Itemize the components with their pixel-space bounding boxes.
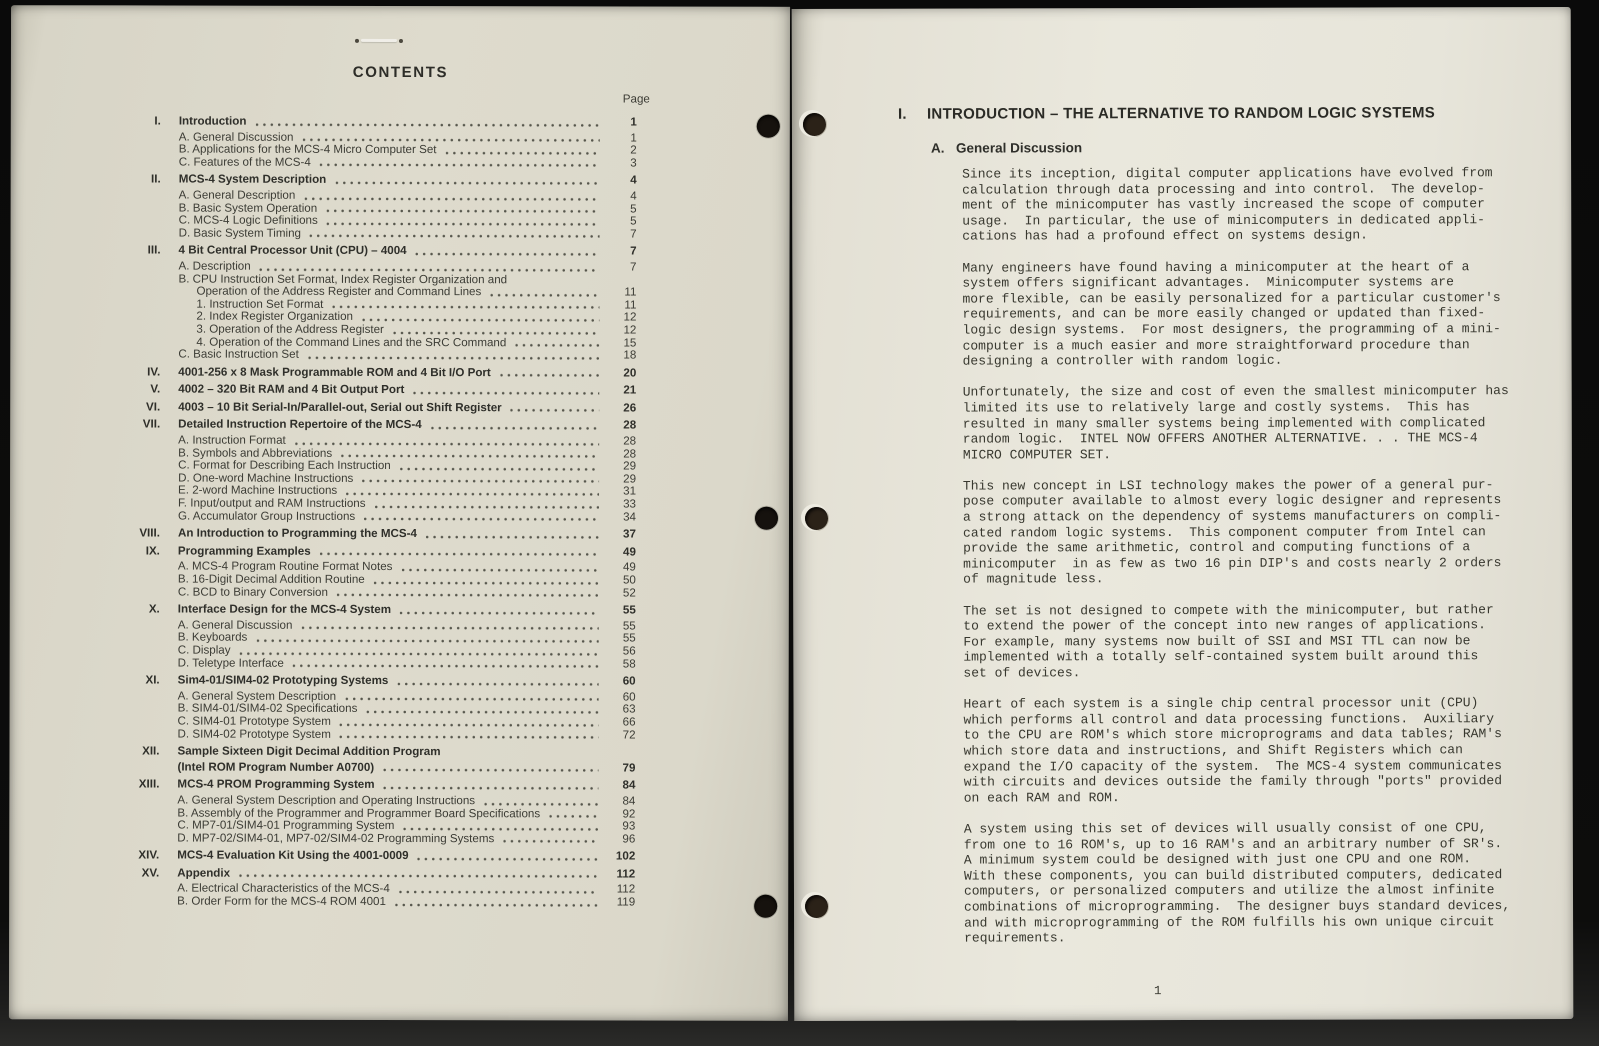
toc-dot-leader — [431, 426, 600, 430]
toc-dot-leader — [511, 409, 600, 413]
toc-page-number: 18 — [606, 350, 636, 363]
toc-row: IV.4001-256 x 8 Mask Programmable ROM an… — [108, 366, 636, 380]
toc-dot-leader — [301, 626, 598, 631]
toc-page-number: 58 — [606, 658, 636, 671]
toc-page-number: 28 — [606, 420, 636, 433]
toc-entry-text: 4 Bit Central Processor Unit (CPU) – 400… — [179, 245, 407, 258]
toc-row: III.4 Bit Central Processor Unit (CPU) –… — [109, 245, 637, 259]
toc-row: D. SIM4-02 Prototype System72 — [108, 728, 636, 742]
toc-page-number: 34 — [606, 511, 636, 524]
toc-dot-leader — [260, 267, 600, 272]
toc-dot-leader — [366, 710, 598, 714]
toc-entry-text: C. Features of the MCS-4 — [179, 156, 311, 169]
toc-entry-text: B. 16-Digit Decimal Addition Routine — [178, 574, 365, 587]
paragraph: A system using this set of devices will … — [964, 820, 1524, 946]
toc-page-number: 79 — [605, 762, 635, 775]
toc-entry-text: B. Order Form for the MCS-4 ROM 4001 — [177, 896, 386, 909]
toc-dot-leader — [320, 552, 599, 557]
toc-entry-text: Sim4-01/SIM4-02 Prototyping Systems — [178, 675, 389, 688]
toc-dot-leader — [335, 181, 599, 186]
toc-dot-leader — [345, 697, 598, 702]
toc-row: X.Interface Design for the MCS-4 System5… — [108, 604, 636, 618]
toc-entry-text: 4003 – 10 Bit Serial-In/Parallel-out, Se… — [178, 401, 501, 414]
toc-page-number: 2 — [607, 145, 637, 158]
toc-dot-leader — [239, 874, 598, 879]
toc-entry-text: D. Teletype Interface — [178, 657, 284, 670]
toc-dot-leader — [332, 305, 599, 310]
toc-page-number: 93 — [605, 821, 635, 834]
toc-row: 1. Instruction Set Format11 — [108, 298, 636, 312]
toc-dot-leader — [293, 664, 599, 669]
paragraph: Many engineers have found having a minic… — [962, 259, 1522, 370]
toc-dot-leader — [364, 517, 599, 521]
toc-entry-text: Introduction — [179, 116, 247, 129]
toc-numeral: VI. — [108, 401, 160, 414]
toc-page-number: 102 — [605, 851, 635, 864]
toc-numeral: II. — [109, 174, 161, 187]
toc-entry-text: C. Basic Instruction Set — [178, 349, 299, 362]
toc-dot-leader — [375, 505, 599, 509]
toc-numeral: XI. — [108, 675, 160, 688]
toc-entry-text: Appendix — [177, 867, 230, 880]
toc-entry-text: F. Input/output and RAM Instructions — [178, 498, 366, 511]
toc-dot-leader — [310, 234, 600, 239]
toc-entry-text: D. MP7-02/SIM4-01, MP7-02/SIM4-02 Progra… — [177, 832, 494, 845]
toc-page-number: 20 — [606, 367, 636, 380]
toc-page-number: 56 — [606, 645, 636, 658]
toc-entry-text: Sample Sixteen Digit Decimal Addition Pr… — [177, 746, 440, 759]
toc-entry-text: 3. Operation of the Address Register — [178, 323, 384, 336]
toc-numeral: XV. — [107, 867, 159, 880]
toc-entry-text: A. General Description — [179, 190, 296, 203]
toc-dot-leader — [362, 479, 599, 483]
paragraph: Since its inception, digital computer ap… — [962, 165, 1522, 244]
contents-page: CONTENTS Page I.Introduction1A. General … — [9, 5, 790, 1021]
toc-page-number: 7 — [607, 228, 637, 241]
toc-row: C. Features of the MCS-43 — [109, 156, 637, 170]
toc-entry-text: A. Instruction Format — [178, 435, 286, 448]
toc-dot-leader — [320, 163, 600, 168]
toc-dot-leader — [426, 535, 599, 539]
toc-entry-text: G. Accumulator Group Instructions — [178, 510, 355, 523]
toc-row: C. Basic Instruction Set18 — [108, 348, 636, 362]
toc-page-number: 55 — [606, 605, 636, 618]
toc-dot-leader — [374, 581, 599, 585]
toc-entry-text: 4001-256 x 8 Mask Programmable ROM and 4… — [178, 366, 491, 379]
toc-page-number: 60 — [606, 676, 636, 689]
toc-numeral: IX. — [108, 545, 160, 558]
toc-numeral: XIII. — [107, 779, 159, 792]
toc-row: D. MP7-02/SIM4-01, MP7-02/SIM4-02 Progra… — [107, 832, 635, 846]
toc-row: XIII.MCS-4 PROM Programming System84 — [107, 779, 635, 793]
toc-row: XV.Appendix112 — [107, 867, 635, 881]
toc-dot-leader — [327, 222, 600, 227]
toc-dot-leader — [403, 827, 598, 831]
toc-dot-leader — [240, 651, 599, 656]
toc-dot-leader — [255, 122, 599, 127]
toc-row: 3. Operation of the Address Register12 — [108, 323, 636, 337]
toc-page-number: 96 — [605, 833, 635, 846]
toc-dot-leader — [446, 151, 600, 155]
page-column-label: Page — [623, 92, 650, 105]
toc-dot-leader — [256, 639, 598, 644]
toc-entry-text: MCS-4 PROM Programming System — [177, 779, 374, 792]
paragraph: The set is not designed to compete with … — [963, 602, 1523, 681]
toc-dot-leader — [397, 682, 598, 686]
section-numeral: I. — [898, 106, 927, 123]
toc-page-number: 4 — [607, 190, 637, 203]
staple-hole-left — [355, 39, 359, 43]
toc-row: C. BCD to Binary Conversion52 — [108, 586, 636, 600]
toc-page-number: 5 — [607, 216, 637, 229]
toc-numeral: I. — [109, 115, 161, 128]
toc-entry-text: MCS-4 Evaluation Kit Using the 4001-0009 — [177, 850, 408, 863]
toc-numeral: XIV. — [107, 850, 159, 863]
toc-dot-leader — [413, 391, 599, 395]
toc-page-number: 4 — [607, 175, 637, 188]
toc-dot-leader — [399, 890, 598, 894]
section-heading: I. INTRODUCTION – THE ALTERNATIVE TO RAN… — [898, 104, 1435, 122]
table-of-contents: I.Introduction1A. General Discussion1B. … — [107, 110, 637, 909]
staple-mark — [351, 36, 413, 46]
section-title: INTRODUCTION – THE ALTERNATIVE TO RANDOM… — [927, 104, 1435, 122]
toc-dot-leader — [340, 722, 599, 727]
toc-page-number: 26 — [606, 402, 636, 415]
toc-row: XIV.MCS-4 Evaluation Kit Using the 4001-… — [107, 850, 635, 864]
toc-dot-leader — [500, 373, 600, 377]
toc-entry-text: Interface Design for the MCS-4 System — [178, 604, 391, 617]
toc-dot-leader — [400, 467, 599, 471]
toc-dot-leader — [418, 857, 599, 861]
toc-page-number: 84 — [605, 795, 635, 808]
toc-dot-leader — [416, 252, 600, 256]
toc-row: G. Accumulator Group Instructions34 — [108, 510, 636, 524]
toc-dot-leader — [346, 492, 599, 497]
toc-page-number: 84 — [605, 780, 635, 793]
toc-row: II.MCS-4 System Description4 — [109, 174, 637, 188]
toc-row: IX.Programming Examples49 — [108, 545, 636, 559]
subsection-numeral: A. — [931, 141, 956, 156]
toc-dot-leader — [549, 814, 598, 818]
toc-page-number: 29 — [606, 461, 636, 474]
toc-page-number: 72 — [606, 729, 636, 742]
toc-numeral: VII. — [108, 419, 160, 432]
toc-dot-leader — [400, 611, 599, 615]
toc-entry-text: D. SIM4-02 Prototype System — [178, 728, 331, 741]
toc-row: V.4002 – 320 Bit RAM and 4 Bit Output Po… — [108, 384, 636, 398]
toc-page-number: 52 — [606, 587, 636, 600]
toc-row: D. Teletype Interface58 — [108, 657, 636, 671]
toc-page-number: 112 — [605, 868, 635, 881]
punch-hole — [754, 895, 777, 918]
toc-page-number: 7 — [607, 261, 637, 274]
toc-row: Operation of the Address Register and Co… — [108, 286, 636, 300]
toc-dot-leader — [302, 138, 599, 143]
toc-dot-leader — [295, 441, 599, 446]
toc-entry-text: Detailed Instruction Repertoire of the M… — [178, 419, 422, 432]
toc-row: (Intel ROM Program Number A0700)79 — [107, 761, 635, 775]
toc-entry-text: 4002 – 320 Bit RAM and 4 Bit Output Port — [178, 384, 404, 397]
punch-hole — [755, 507, 778, 530]
toc-numeral: X. — [108, 604, 160, 617]
toc-entry-text: A. Description — [179, 260, 251, 273]
toc-dot-leader — [401, 568, 598, 572]
contents-title: CONTENTS — [11, 63, 790, 82]
paragraph: This new concept in LSI technology makes… — [963, 477, 1523, 588]
toc-dot-leader — [362, 318, 599, 322]
paragraph: Unfortunately, the size and cost of even… — [963, 383, 1523, 462]
toc-dot-leader — [490, 293, 599, 297]
toc-row: XII.Sample Sixteen Digit Decimal Additio… — [107, 746, 635, 760]
toc-page-number: 12 — [606, 324, 636, 337]
toc-dot-leader — [337, 593, 599, 598]
staple-hole-right — [399, 39, 403, 43]
subsection-title: General Discussion — [956, 140, 1082, 155]
introduction-page: I. INTRODUCTION – THE ALTERNATIVE TO RAN… — [792, 7, 1574, 1021]
page-number: 1 — [794, 983, 1521, 999]
toc-page-number: 50 — [606, 574, 636, 587]
subsection-heading: A. General Discussion — [931, 140, 1082, 155]
toc-numeral: III. — [109, 245, 161, 258]
toc-page-number: 66 — [606, 716, 636, 729]
toc-row: VI.4003 – 10 Bit Serial-In/Parallel-out,… — [108, 401, 636, 415]
toc-page-number: 11 — [606, 287, 636, 300]
toc-row: I.Introduction1 — [109, 115, 637, 129]
toc-numeral: XII. — [107, 746, 159, 759]
toc-entry-text: C. BCD to Binary Conversion — [178, 586, 328, 599]
toc-dot-leader — [484, 802, 598, 806]
toc-page-number: 37 — [606, 529, 636, 542]
toc-page-number: 119 — [605, 896, 635, 909]
toc-dot-leader — [340, 735, 599, 740]
punch-hole — [803, 113, 826, 136]
toc-entry-text: (Intel ROM Program Number A0700) — [177, 761, 374, 774]
toc-row: XI.Sim4-01/SIM4-02 Prototyping Systems60 — [108, 675, 636, 689]
toc-page-number: 1 — [607, 116, 637, 129]
paragraph: Heart of each system is a single chip ce… — [963, 695, 1523, 806]
toc-dot-leader — [308, 355, 600, 360]
toc-numeral: IV. — [108, 366, 160, 379]
toc-entry-text: C. SIM4-01 Prototype System — [178, 715, 331, 728]
toc-entry-text: MCS-4 System Description — [179, 174, 327, 187]
toc-row: B. Order Form for the MCS-4 ROM 4001119 — [107, 895, 635, 909]
toc-page-number: 33 — [606, 498, 636, 511]
toc-row: VIII.An Introduction to Programming the … — [108, 528, 636, 542]
toc-row: D. Basic System Timing7 — [109, 227, 637, 241]
body-text: Since its inception, digital computer ap… — [962, 165, 1524, 962]
toc-dot-leader — [304, 196, 599, 201]
toc-dot-leader — [384, 786, 599, 790]
toc-dot-leader — [326, 209, 599, 214]
toc-page-number: 21 — [606, 385, 636, 398]
toc-dot-leader — [503, 839, 598, 843]
toc-page-number: 28 — [606, 435, 636, 448]
toc-dot-leader — [341, 454, 599, 459]
toc-page-number: 7 — [607, 246, 637, 259]
staple-indent — [361, 39, 397, 42]
toc-row: VII.Detailed Instruction Repertoire of t… — [108, 419, 636, 433]
toc-page-number: 49 — [606, 546, 636, 559]
toc-dot-leader — [383, 768, 598, 772]
toc-page-number: 3 — [607, 157, 637, 170]
punch-hole — [757, 115, 780, 138]
toc-dot-leader — [395, 903, 598, 907]
toc-entry-text: Programming Examples — [178, 545, 311, 558]
toc-entry-text: D. Basic System Timing — [179, 227, 301, 240]
toc-numeral: V. — [108, 384, 160, 397]
toc-dot-leader — [393, 330, 599, 334]
punch-hole — [805, 507, 828, 530]
toc-dot-leader — [515, 343, 599, 347]
toc-numeral: VIII. — [108, 528, 160, 541]
toc-entry-text: C. Display — [178, 645, 231, 658]
punch-hole — [805, 895, 828, 918]
toc-entry-text: An Introduction to Programming the MCS-4 — [178, 528, 417, 541]
